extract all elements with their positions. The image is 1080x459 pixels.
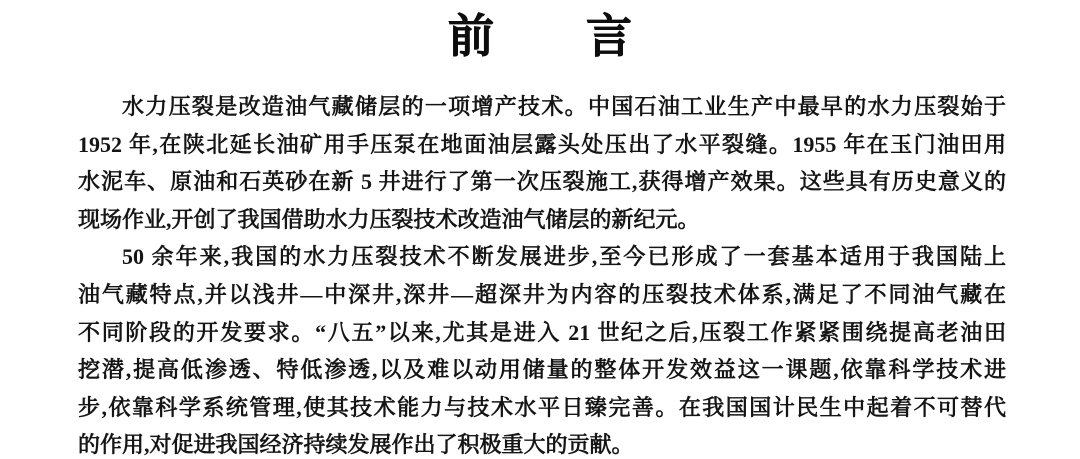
text-line-8: 挖潜,提高低渗透、特低渗透,以及难以动用储量的整体开发效益这一课题,依靠科学技术… (78, 351, 1006, 389)
text-line-6: 油气藏特点,并以浅井—中深井,深井—超深井为内容的压裂技术体系,满足了不同油气藏… (78, 276, 1006, 314)
preface-body: 水力压裂是改造油气藏储层的一项增产技术。中国石油工业生产中最早的水力压裂始于 1… (78, 88, 1006, 459)
text-line-2: 1952 年,在陕北延长油矿用手压泵在地面油层露头处压出了水平裂缝。1955 年… (78, 126, 1006, 164)
text-line-3: 水泥车、原油和石英砂在新 5 井进行了第一次压裂施工,获得增产效果。这些具有历史… (78, 163, 1006, 201)
page-title: 前 言 (0, 0, 1080, 66)
book-page: 前 言 水力压裂是改造油气藏储层的一项增产技术。中国石油工业生产中最早的水力压裂… (0, 0, 1080, 459)
text-line-1: 水力压裂是改造油气藏储层的一项增产技术。中国石油工业生产中最早的水力压裂始于 (78, 88, 1006, 126)
text-line-7: 不同阶段的开发要求。“八五”以来,尤其是进入 21 世纪之后,压裂工作紧紧围绕提… (78, 314, 1006, 352)
text-line-10: 的作用,对促进我国经济持续发展作出了积极重大的贡献。 (78, 426, 1006, 459)
text-line-5: 50 余年来,我国的水力压裂技术不断发展进步,至今已形成了一套基本适用于我国陆上 (78, 238, 1006, 276)
text-line-4: 现场作业,开创了我国借助水力压裂技术改造油气储层的新纪元。 (78, 201, 1006, 239)
text-line-9: 步,依靠科学系统管理,使其技术能力与技术水平日臻完善。在我国国计民生中起着不可替… (78, 389, 1006, 427)
